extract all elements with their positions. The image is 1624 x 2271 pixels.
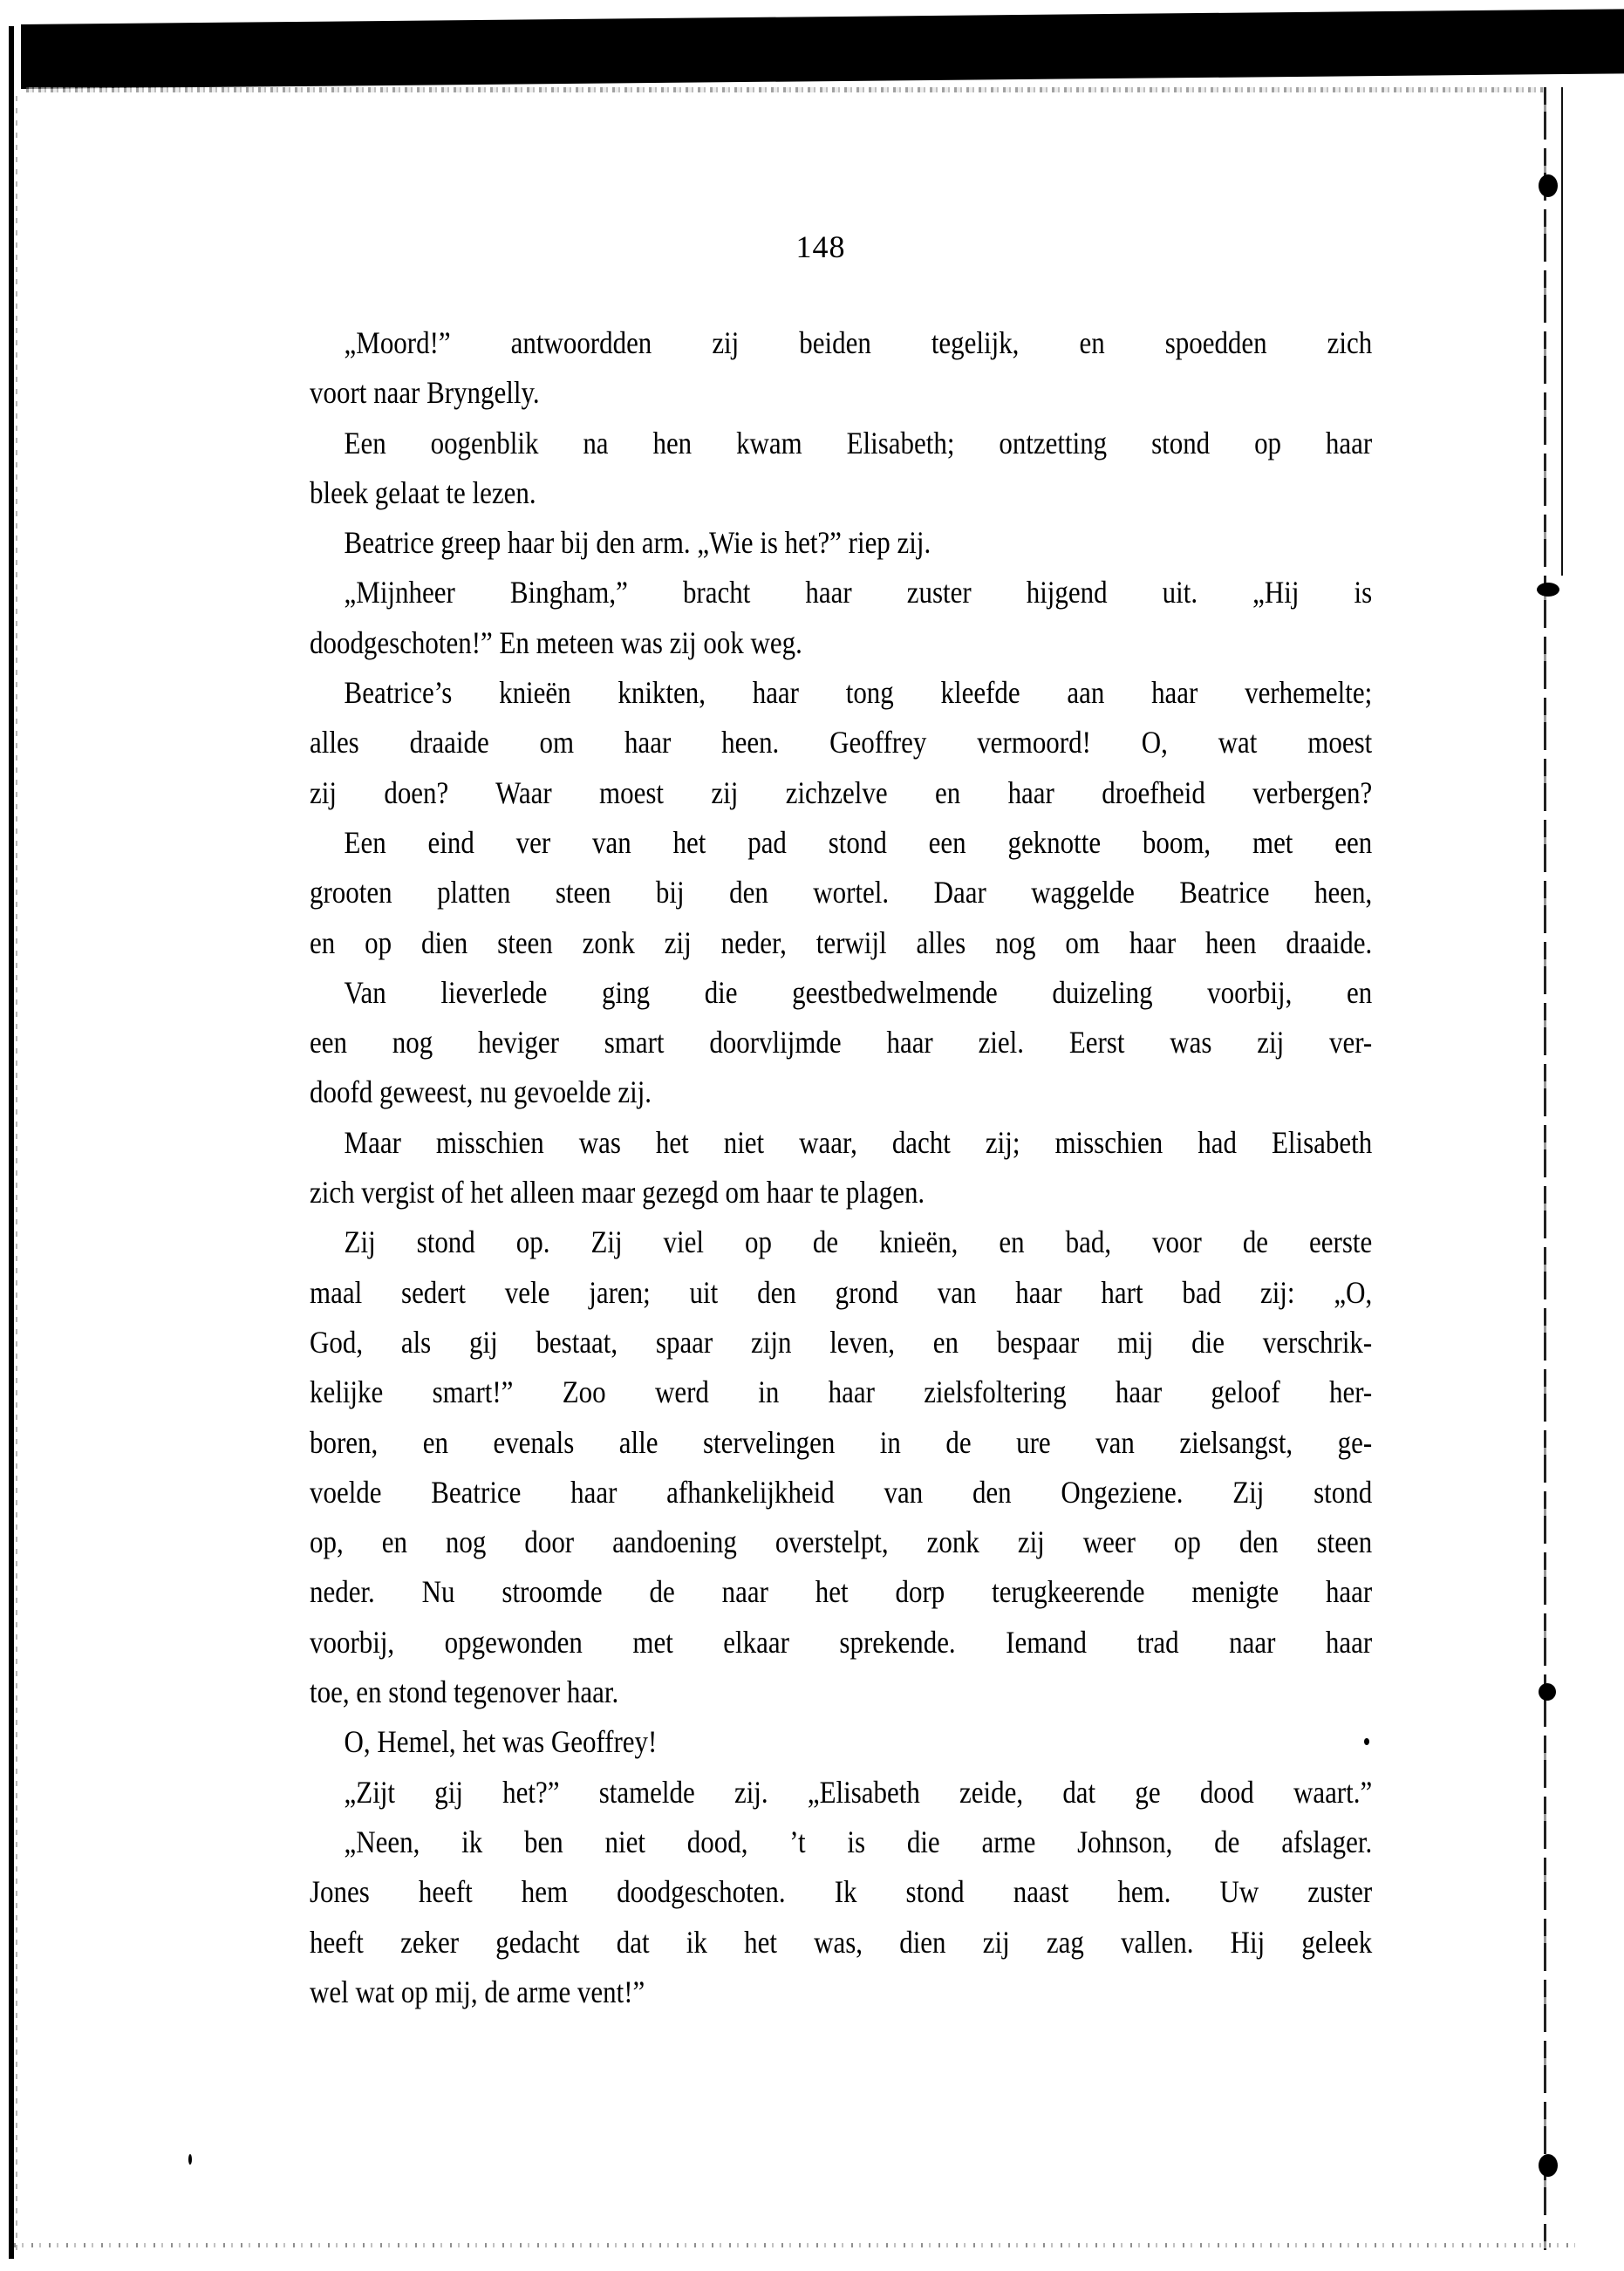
binding-mark — [1539, 174, 1558, 197]
text-line: doofd geweest, nu gevoelde zij. — [310, 1067, 1372, 1117]
scan-speck — [188, 2154, 192, 2165]
text-line: zich vergist of het alleen maar gezegd o… — [310, 1168, 1372, 1217]
text-line: „Moord!” antwoordden zij beiden tegelijk… — [310, 318, 1372, 368]
scan-left-edge-noise — [16, 96, 17, 2250]
scan-top-border — [21, 9, 1624, 89]
text-line: heeft zeker gedacht dat ik het was, dien… — [310, 1918, 1372, 1968]
text-line: voorbij, opgewonden met elkaar sprekende… — [310, 1618, 1372, 1667]
scan-top-edge-noise — [26, 87, 1544, 92]
text-line: Een oogenblik na hen kwam Elisabeth; ont… — [310, 419, 1372, 468]
text-line: doodgeschoten!” En meteen was zij ook we… — [310, 618, 1372, 668]
text-line: Jones heeft hem doodgeschoten. Ik stond … — [310, 1867, 1372, 1917]
text-line: bleek gelaat te lezen. — [310, 468, 1372, 518]
scan-bottom-edge-noise — [14, 2243, 1575, 2247]
text-line: maal sedert vele jaren; uit den grond va… — [310, 1268, 1372, 1318]
scan-right-binding-edge-upper — [1561, 87, 1563, 576]
text-line: Beatrice greep haar bij den arm. „Wie is… — [310, 518, 1372, 568]
text-line: alles draaide om haar heen. Geoffrey ver… — [310, 718, 1372, 767]
text-line: „Zijt gij het?” stamelde zij. „Elisabeth… — [310, 1768, 1372, 1817]
binding-mark — [1537, 583, 1559, 597]
text-line: O, Hemel, het was Geoffrey! — [310, 1717, 1372, 1767]
page-number: 148 — [0, 228, 1624, 265]
text-line: voort naar Bryngelly. — [310, 368, 1372, 418]
text-line: Beatrice’s knieën knikten, haar tong kle… — [310, 668, 1372, 718]
text-line: Van lieverlede ging die geestbedwelmende… — [310, 968, 1372, 1018]
binding-mark — [1539, 1683, 1556, 1701]
text-line: toe, en stond tegenover haar. — [310, 1667, 1372, 1717]
text-line: een nog heviger smart doorvlijmde haar z… — [310, 1018, 1372, 1067]
text-line: God, als gij bestaat, spaar zijn leven, … — [310, 1318, 1372, 1367]
text-line: zij doen? Waar moest zij zichzelve en ha… — [310, 768, 1372, 818]
scan-left-border — [9, 26, 14, 2259]
text-line: grooten platten steen bij den wortel. Da… — [310, 868, 1372, 917]
text-line: kelijke smart!” Zoo werd in haar zielsfo… — [310, 1367, 1372, 1417]
text-line: Een eind ver van het pad stond een gekno… — [310, 818, 1372, 868]
text-line: wel wat op mij, de arme vent!” — [310, 1968, 1372, 2017]
text-line: op, en nog door aandoening overstelpt, z… — [310, 1517, 1372, 1567]
text-line: Maar misschien was het niet waar, dacht … — [310, 1118, 1372, 1168]
text-line: voelde Beatrice haar afhankelijkheid van… — [310, 1468, 1372, 1517]
text-line: „Mijnheer Bingham,” bracht haar zuster h… — [310, 568, 1372, 617]
binding-mark — [1539, 2154, 1558, 2177]
text-line: en op dien steen zonk zij neder, terwijl… — [310, 918, 1372, 968]
text-line: boren, en evenals alle stervelingen in d… — [310, 1418, 1372, 1468]
scan-right-binding-edge — [1544, 87, 1546, 2250]
text-line: Zij stond op. Zij viel op de knieën, en … — [310, 1217, 1372, 1267]
text-line: „Neen, ik ben niet dood, ’t is die arme … — [310, 1817, 1372, 1867]
text-line: neder. Nu stroomde de naar het dorp teru… — [310, 1567, 1372, 1617]
page-text-body: „Moord!” antwoordden zij beiden tegelijk… — [310, 318, 1372, 2017]
